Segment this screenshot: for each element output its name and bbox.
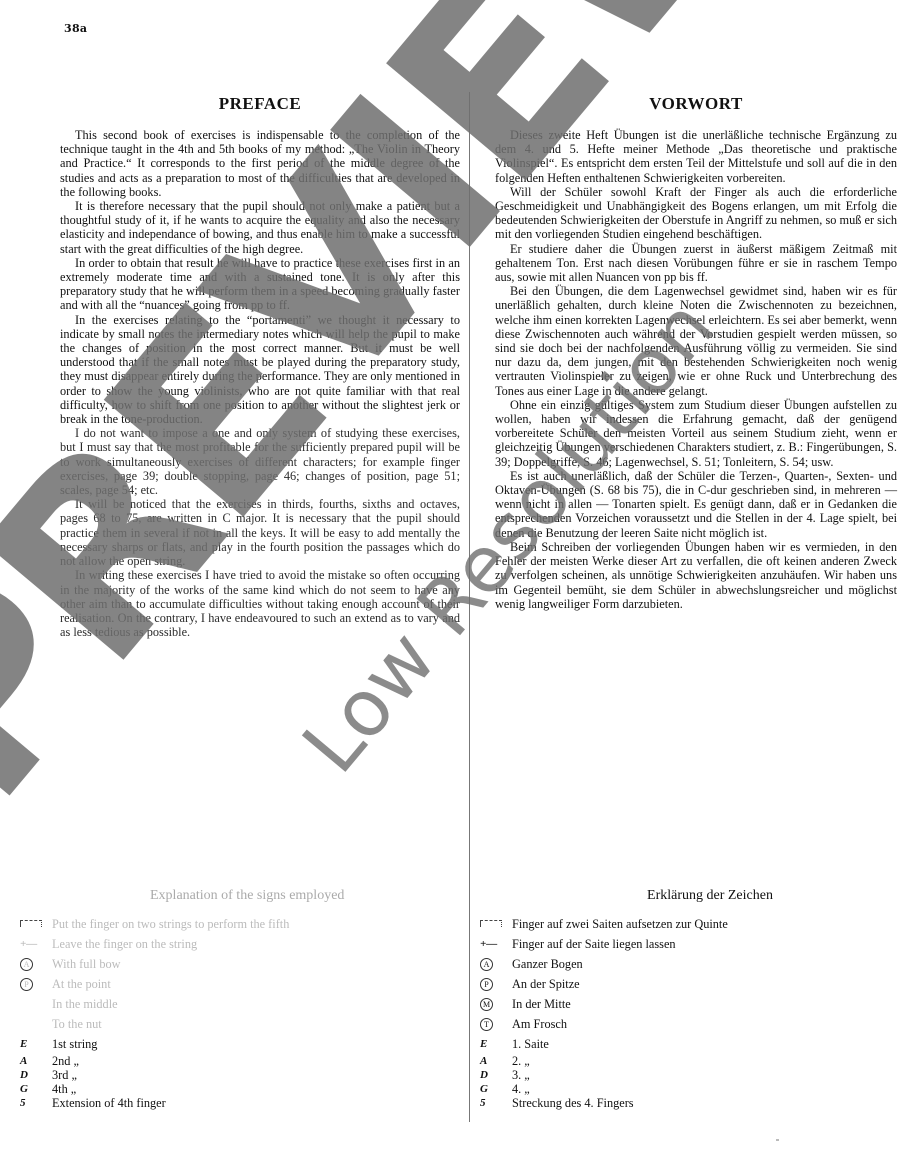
legend-row: PAn der Spitze bbox=[480, 974, 880, 994]
legend-row: Put the finger on two strings to perform… bbox=[20, 914, 460, 934]
circled-p-icon: P bbox=[480, 978, 512, 991]
vorwort-paragraph: Bei den Übungen, die dem Lagenwechsel ge… bbox=[495, 284, 897, 398]
legend-row: 5Streckung des 4. Fingers bbox=[480, 1096, 880, 1110]
legend-row: MIn der Mitte bbox=[480, 994, 880, 1014]
bracket-icon bbox=[20, 918, 52, 930]
preface-paragraph: In order to obtain that result he will h… bbox=[60, 256, 460, 313]
hold-finger-icon: +— bbox=[20, 938, 52, 950]
preface-paragraph: I do not want to impose a one and only s… bbox=[60, 426, 460, 497]
legend-title: Explanation of the signs employed bbox=[20, 888, 460, 904]
legend-row: E1st string bbox=[20, 1034, 460, 1054]
legend-row: TAm Frosch bbox=[480, 1014, 880, 1034]
legend-row: To the nut bbox=[20, 1014, 460, 1034]
legend-row: AWith full bow bbox=[20, 954, 460, 974]
circled-m-icon: M bbox=[480, 998, 512, 1011]
preface-paragraph: It is therefore necessary that the pupil… bbox=[60, 199, 460, 256]
string-g-icon: G bbox=[20, 1083, 52, 1095]
legend-row: +—Leave the finger on the string bbox=[20, 934, 460, 954]
circled-a-icon: A bbox=[20, 958, 52, 971]
vorwort-paragraph: Will der Schüler sowohl Kraft der Finger… bbox=[495, 185, 897, 242]
signs-legend-german: Erklärung der Zeichen Finger auf zwei Sa… bbox=[480, 888, 880, 1110]
vorwort-paragraph: Ohne ein einzig gültiges System zum Stud… bbox=[495, 398, 897, 469]
page-number: 38a bbox=[64, 22, 87, 35]
english-preface: PREFACE This second book of exercises is… bbox=[60, 94, 460, 639]
bracket-icon bbox=[480, 918, 512, 930]
string-e-icon: E bbox=[20, 1038, 52, 1050]
legend-title: Erklärung der Zeichen bbox=[480, 888, 880, 904]
signs-legend-english: Explanation of the signs employed Put th… bbox=[20, 888, 460, 1110]
vorwort-paragraph: Beim Schreiben der vorliegenden Übungen … bbox=[495, 540, 897, 611]
string-d-icon: D bbox=[480, 1069, 512, 1081]
string-d-icon: D bbox=[20, 1069, 52, 1081]
vorwort-paragraph: Es ist auch unerläßlich, daß der Schüler… bbox=[495, 469, 897, 540]
vorwort-paragraph: Er studiere daher die Übungen zuerst in … bbox=[495, 242, 897, 285]
legend-row: 5Extension of 4th finger bbox=[20, 1096, 460, 1110]
legend-row: D3rd „ bbox=[20, 1068, 460, 1082]
legend-row: D3. „ bbox=[480, 1068, 880, 1082]
legend-row: AGanzer Bogen bbox=[480, 954, 880, 974]
vorwort-paragraph: Dieses zweite Heft Übungen ist die unerl… bbox=[495, 128, 897, 185]
preface-paragraph: It will be noticed that the exercises in… bbox=[60, 497, 460, 568]
legend-row: G4. „ bbox=[480, 1082, 880, 1096]
vorwort-title: VORWORT bbox=[495, 94, 897, 114]
legend-row: A2. „ bbox=[480, 1054, 880, 1068]
legend-row: A2nd „ bbox=[20, 1054, 460, 1068]
hold-finger-icon: +— bbox=[480, 938, 512, 950]
string-e-icon: E bbox=[480, 1038, 512, 1050]
circled-t-icon: T bbox=[480, 1018, 512, 1031]
speck bbox=[776, 1139, 779, 1141]
legend-row: G4th „ bbox=[20, 1082, 460, 1096]
german-vorwort: VORWORT Dieses zweite Heft Übungen ist d… bbox=[495, 94, 897, 611]
preface-paragraph: In the exercises relating to the “portam… bbox=[60, 313, 460, 427]
preface-title: PREFACE bbox=[60, 94, 460, 114]
legend-row: In the middle bbox=[20, 994, 460, 1014]
string-a-icon: A bbox=[20, 1055, 52, 1067]
preface-paragraph: In writing these exercises I have tried … bbox=[60, 568, 460, 639]
string-g-icon: G bbox=[480, 1083, 512, 1095]
extension-icon: 5 bbox=[20, 1097, 52, 1109]
column-divider bbox=[469, 92, 470, 1122]
string-a-icon: A bbox=[480, 1055, 512, 1067]
preface-paragraph: This second book of exercises is indispe… bbox=[60, 128, 460, 199]
circled-p-icon: P bbox=[20, 978, 52, 991]
legend-row: Finger auf zwei Saiten aufsetzen zur Qui… bbox=[480, 914, 880, 934]
extension-icon: 5 bbox=[480, 1097, 512, 1109]
legend-row: E1. Saite bbox=[480, 1034, 880, 1054]
legend-row: +—Finger auf der Saite liegen lassen bbox=[480, 934, 880, 954]
circled-a-icon: A bbox=[480, 958, 512, 971]
legend-row: PAt the point bbox=[20, 974, 460, 994]
